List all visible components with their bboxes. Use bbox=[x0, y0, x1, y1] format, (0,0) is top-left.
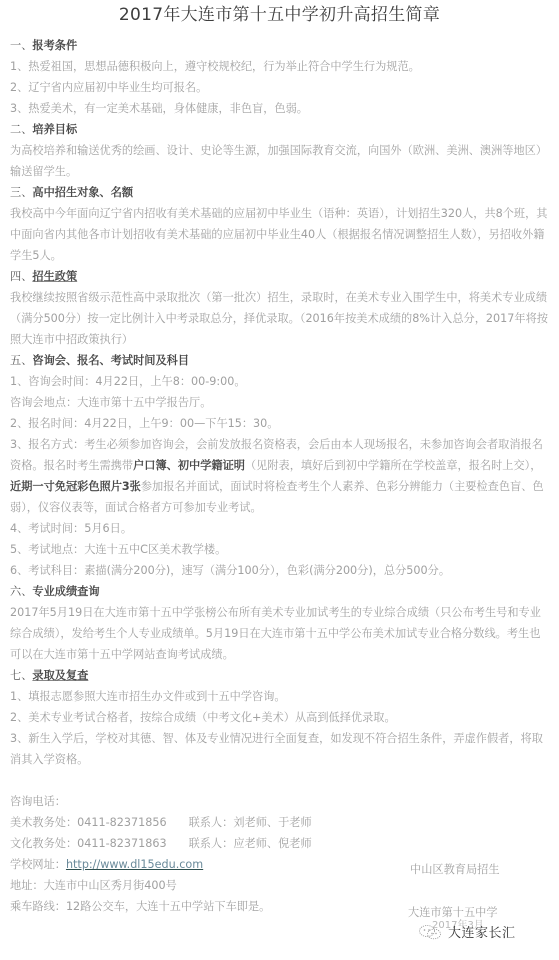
section-title: 报考条件 bbox=[32, 39, 77, 52]
culture-office-contact: 联系人：应老师、倪老师 bbox=[189, 837, 312, 850]
section-number: 七、 bbox=[10, 669, 32, 682]
signature-education-bureau: 中山区教育局招生 bbox=[410, 862, 500, 878]
section-heading-4: 四、招生政策 bbox=[10, 266, 550, 287]
contact-row-culture: 文化教务处：0411-82371863联系人：应老师、倪老师 bbox=[10, 833, 550, 854]
section-heading-3: 三、高中招生对象、名额 bbox=[10, 182, 550, 203]
section-title: 高中招生对象、名额 bbox=[32, 186, 133, 199]
section-heading-1: 一、报考条件 bbox=[10, 35, 550, 56]
paragraph: 咨询会地点：大连市第十五中学报告厅。 bbox=[10, 392, 550, 413]
paragraph: 6、考试科目：素描(满分200分)，速写（满分100分），色彩(满分200分)，… bbox=[10, 560, 550, 581]
website-label: 学校网址： bbox=[10, 858, 66, 871]
section-title: 招生政策 bbox=[32, 270, 77, 283]
website-link[interactable]: http://www.dl15edu.com bbox=[66, 858, 203, 871]
contact-heading: 咨询电话： bbox=[10, 791, 550, 812]
paragraph: 1、热爱祖国，思想品德积极向上，遵守校规校纪，行为举止符合中学生行为规范。 bbox=[10, 56, 550, 77]
section-number: 二、 bbox=[10, 123, 32, 136]
required-documents: 户口簿、初中学籍证明 bbox=[133, 459, 245, 472]
paragraph: 2、辽宁省内应届初中毕业生均可报名。 bbox=[10, 77, 550, 98]
section-title: 录取及复查 bbox=[32, 669, 88, 682]
paragraph: 1、咨询会时间：4月22日，上午8：00-9:00。 bbox=[10, 371, 550, 392]
section-heading-5: 五、咨询会、报名、考试时间及科目 bbox=[10, 350, 550, 371]
section-number: 五、 bbox=[10, 354, 32, 367]
paragraph: 2、报名时间：4月22日，上午9：00—下午15：30。 bbox=[10, 413, 550, 434]
paragraph: 3、热爱美术，有一定美术基础，身体健康，非色盲，色弱。 bbox=[10, 98, 550, 119]
contact-row-art: 美术教务处：0411-82371856联系人：刘老师、于老师 bbox=[10, 812, 550, 833]
paragraph: 2017年5月19日在大连市第十五中学张榜公布所有美术专业加试考生的专业综合成绩… bbox=[10, 602, 550, 665]
section-heading-7: 七、录取及复查 bbox=[10, 665, 550, 686]
paragraph: 5、考试地点：大连十五中C区美术教学楼。 bbox=[10, 539, 550, 560]
paragraph: 4、考试时间：5月6日。 bbox=[10, 518, 550, 539]
address: 地址：大连市中山区秀月街400号 bbox=[10, 875, 550, 896]
watermark-text: 大连家长汇 bbox=[448, 922, 516, 941]
art-office-phone: 美术教务处：0411-82371856 bbox=[10, 816, 167, 829]
section-title: 专业成绩查询 bbox=[32, 585, 99, 598]
section-heading-2: 二、培养目标 bbox=[10, 119, 550, 140]
paragraph: 2、美术专业考试合格者，按综合成绩（中考文化+美术）从高到低择优录取。 bbox=[10, 707, 550, 728]
section-number: 四、 bbox=[10, 270, 32, 283]
section-number: 六、 bbox=[10, 585, 32, 598]
section-number: 三、 bbox=[10, 186, 32, 199]
document-page: 2017年大连市第十五中学初升高招生简章 一、报考条件 1、热爱祖国，思想品德积… bbox=[0, 0, 559, 960]
text-part: （见附表，填好后到初中学籍所在学校盖章，报名时上交）， bbox=[245, 459, 541, 472]
paragraph: 3、新生入学后，学校对其德、智、体及专业情况进行全面复查，如发现不符合招生条件，… bbox=[10, 728, 550, 770]
wechat-icon bbox=[418, 924, 444, 940]
spacer bbox=[10, 770, 550, 791]
section-title: 培养目标 bbox=[32, 123, 77, 136]
paragraph: 我校高中今年面向辽宁省内招收有美术基础的应届初中毕业生（语种：英语），计划招生3… bbox=[10, 203, 550, 266]
culture-office-phone: 文化教务处：0411-82371863 bbox=[10, 837, 167, 850]
watermark: 大连家长汇 bbox=[418, 922, 516, 941]
paragraph: 我校继续按照省级示范性高中录取批次（第一批次）招生，录取时，在美术专业入围学生中… bbox=[10, 287, 550, 350]
required-photos: 近期一寸免冠彩色照片3张 bbox=[10, 480, 141, 493]
page-title: 2017年大连市第十五中学初升高招生简章 bbox=[0, 3, 559, 27]
registration-method-paragraph: 3、报名方式：考生必须参加咨询会，会前发放报名资格表，会后由本人现场报名，未参加… bbox=[10, 434, 550, 518]
art-office-contact: 联系人：刘老师、于老师 bbox=[189, 816, 312, 829]
paragraph: 1、填报志愿参照大连市招生办文件或到十五中学咨询。 bbox=[10, 686, 550, 707]
paragraph: 为高校培养和输送优秀的绘画、设计、史论等生源，加强国际教育交流，向国外（欧洲、美… bbox=[10, 140, 550, 182]
section-number: 一、 bbox=[10, 39, 32, 52]
document-body: 一、报考条件 1、热爱祖国，思想品德积极向上，遵守校规校纪，行为举止符合中学生行… bbox=[10, 35, 550, 917]
section-heading-6: 六、专业成绩查询 bbox=[10, 581, 550, 602]
section-title: 咨询会、报名、考试时间及科目 bbox=[32, 354, 189, 367]
